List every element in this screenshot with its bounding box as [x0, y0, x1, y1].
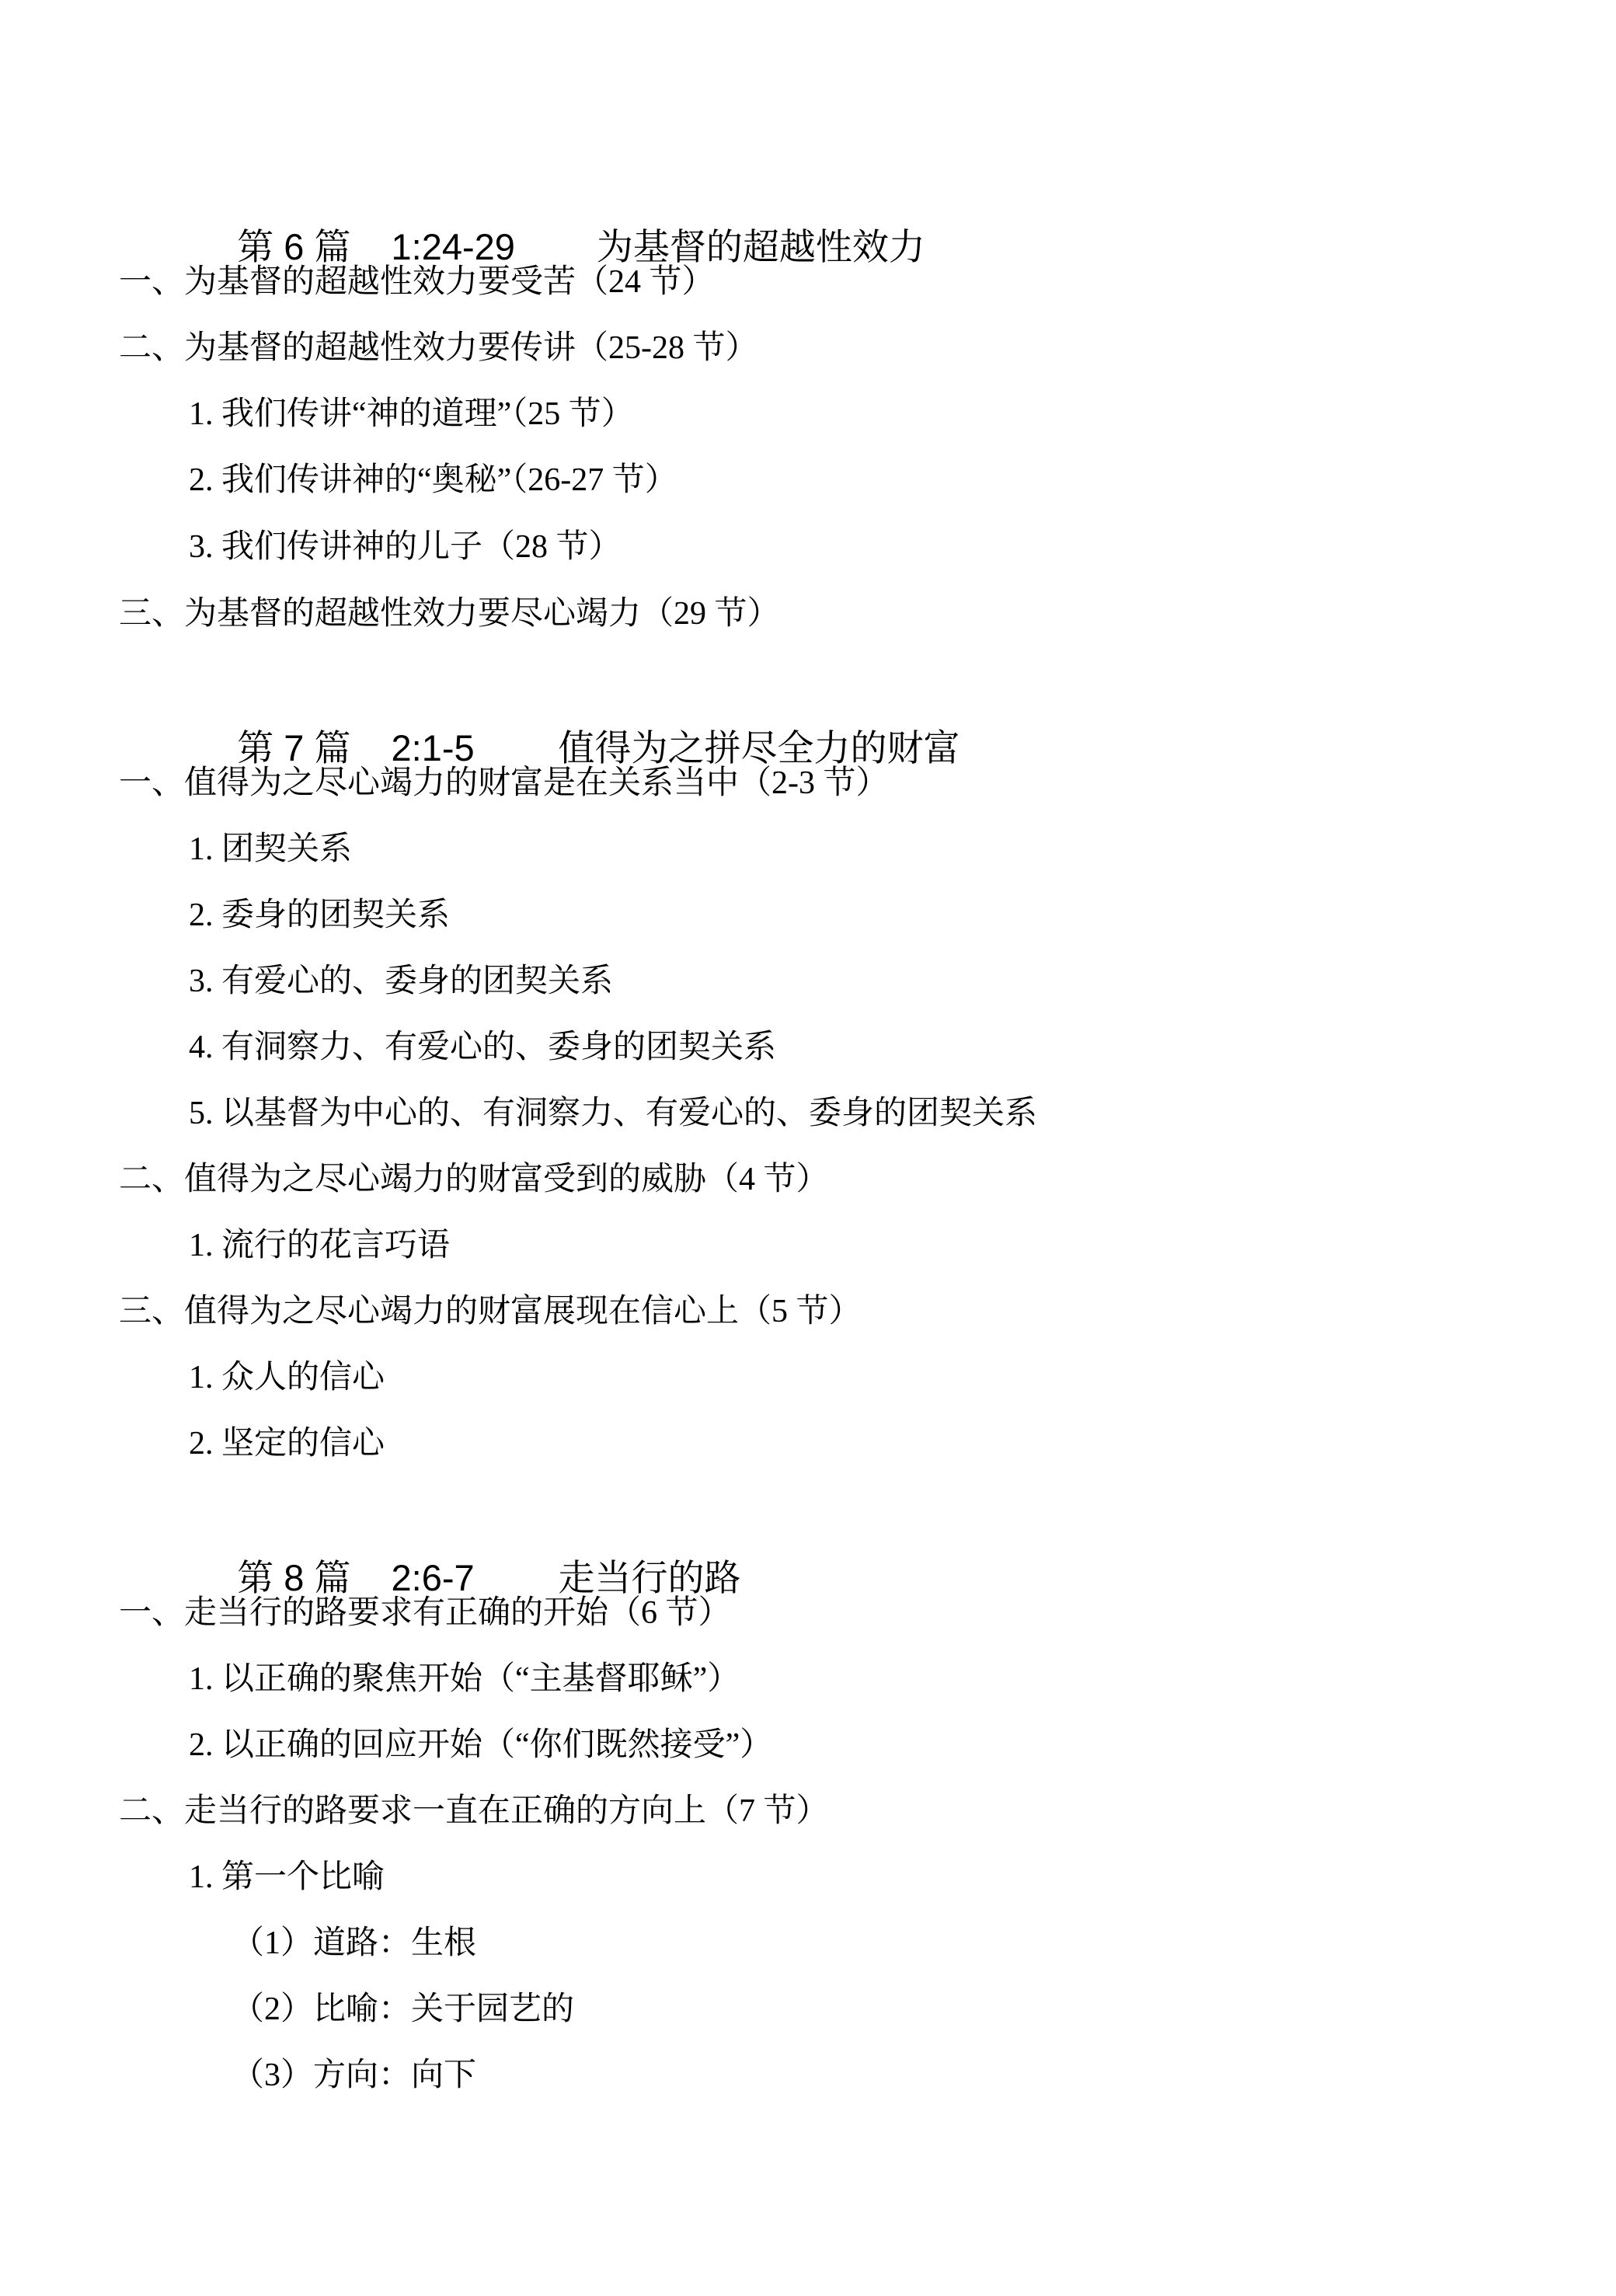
section-heading: 第 6 篇1:24-29为基督的超越性效力 — [197, 177, 925, 224]
section-heading: 第 7 篇2:1-5值得为之拼尽全力的财富 — [197, 678, 960, 725]
outline-subpoint: 1. 第一个比喻 — [189, 1854, 385, 1901]
outline-subpoint: 1. 众人的信心 — [189, 1354, 385, 1401]
outline-point: 二、为基督的超越性效力要传讲（25-28 节） — [119, 325, 758, 371]
outline-subpoint: 2. 以正确的回应开始（“你们既然接受”） — [189, 1722, 772, 1768]
outline-subpoint: 5. 以基督为中心的、有洞察力、有爱心的、委身的团契关系 — [189, 1090, 1037, 1137]
outline-subsubpoint: （3）方向：向下 — [232, 2052, 476, 2099]
outline-point: 三、为基督的超越性效力要尽心竭力（29 节） — [119, 591, 780, 637]
outline-point: 三、值得为之尽心竭力的财富展现在信心上（5 节） — [119, 1288, 862, 1335]
outline-point: 一、为基督的超越性效力要受苦（24 节） — [119, 259, 715, 305]
outline-point: 一、走当行的路要求有正确的开始（6 节） — [119, 1590, 731, 1636]
outline-subsubpoint: （1）道路：生根 — [232, 1920, 476, 1967]
outline-subpoint: 2. 我们传讲神的“奥秘”（26-27 节） — [189, 457, 677, 503]
outline-subpoint: 1. 流行的花言巧语 — [189, 1222, 450, 1269]
outline-subpoint: 2. 坚定的信心 — [189, 1420, 385, 1467]
outline-subpoint: 1. 团契关系 — [189, 826, 352, 873]
outline-subpoint: 2. 委身的团契关系 — [189, 892, 450, 939]
outline-point: 二、值得为之尽心竭力的财富受到的威胁（4 节） — [119, 1156, 829, 1203]
outline-subsubpoint: （2）比喻：关于园艺的 — [232, 1986, 574, 2033]
outline-subpoint: 4. 有洞察力、有爱心的、委身的团契关系 — [189, 1024, 776, 1071]
outline-subpoint: 1. 我们传讲“神的道理”（25 节） — [189, 391, 634, 437]
outline-subpoint: 3. 有爱心的、委身的团契关系 — [189, 958, 613, 1005]
outline-subpoint: 3. 我们传讲神的儿子（28 节） — [189, 524, 622, 570]
outline-subpoint: 1. 以正确的聚焦开始（“主基督耶稣”） — [189, 1656, 740, 1702]
section-heading: 第 8 篇2:6-7走当行的路 — [197, 1508, 741, 1555]
document-page: 第 6 篇1:24-29为基督的超越性效力 一、为基督的超越性效力要受苦（24 … — [0, 0, 1616, 2296]
outline-point: 二、走当行的路要求一直在正确的方向上（7 节） — [119, 1788, 829, 1834]
outline-point: 一、值得为之尽心竭力的财富是在关系当中（2-3 节） — [119, 760, 889, 807]
